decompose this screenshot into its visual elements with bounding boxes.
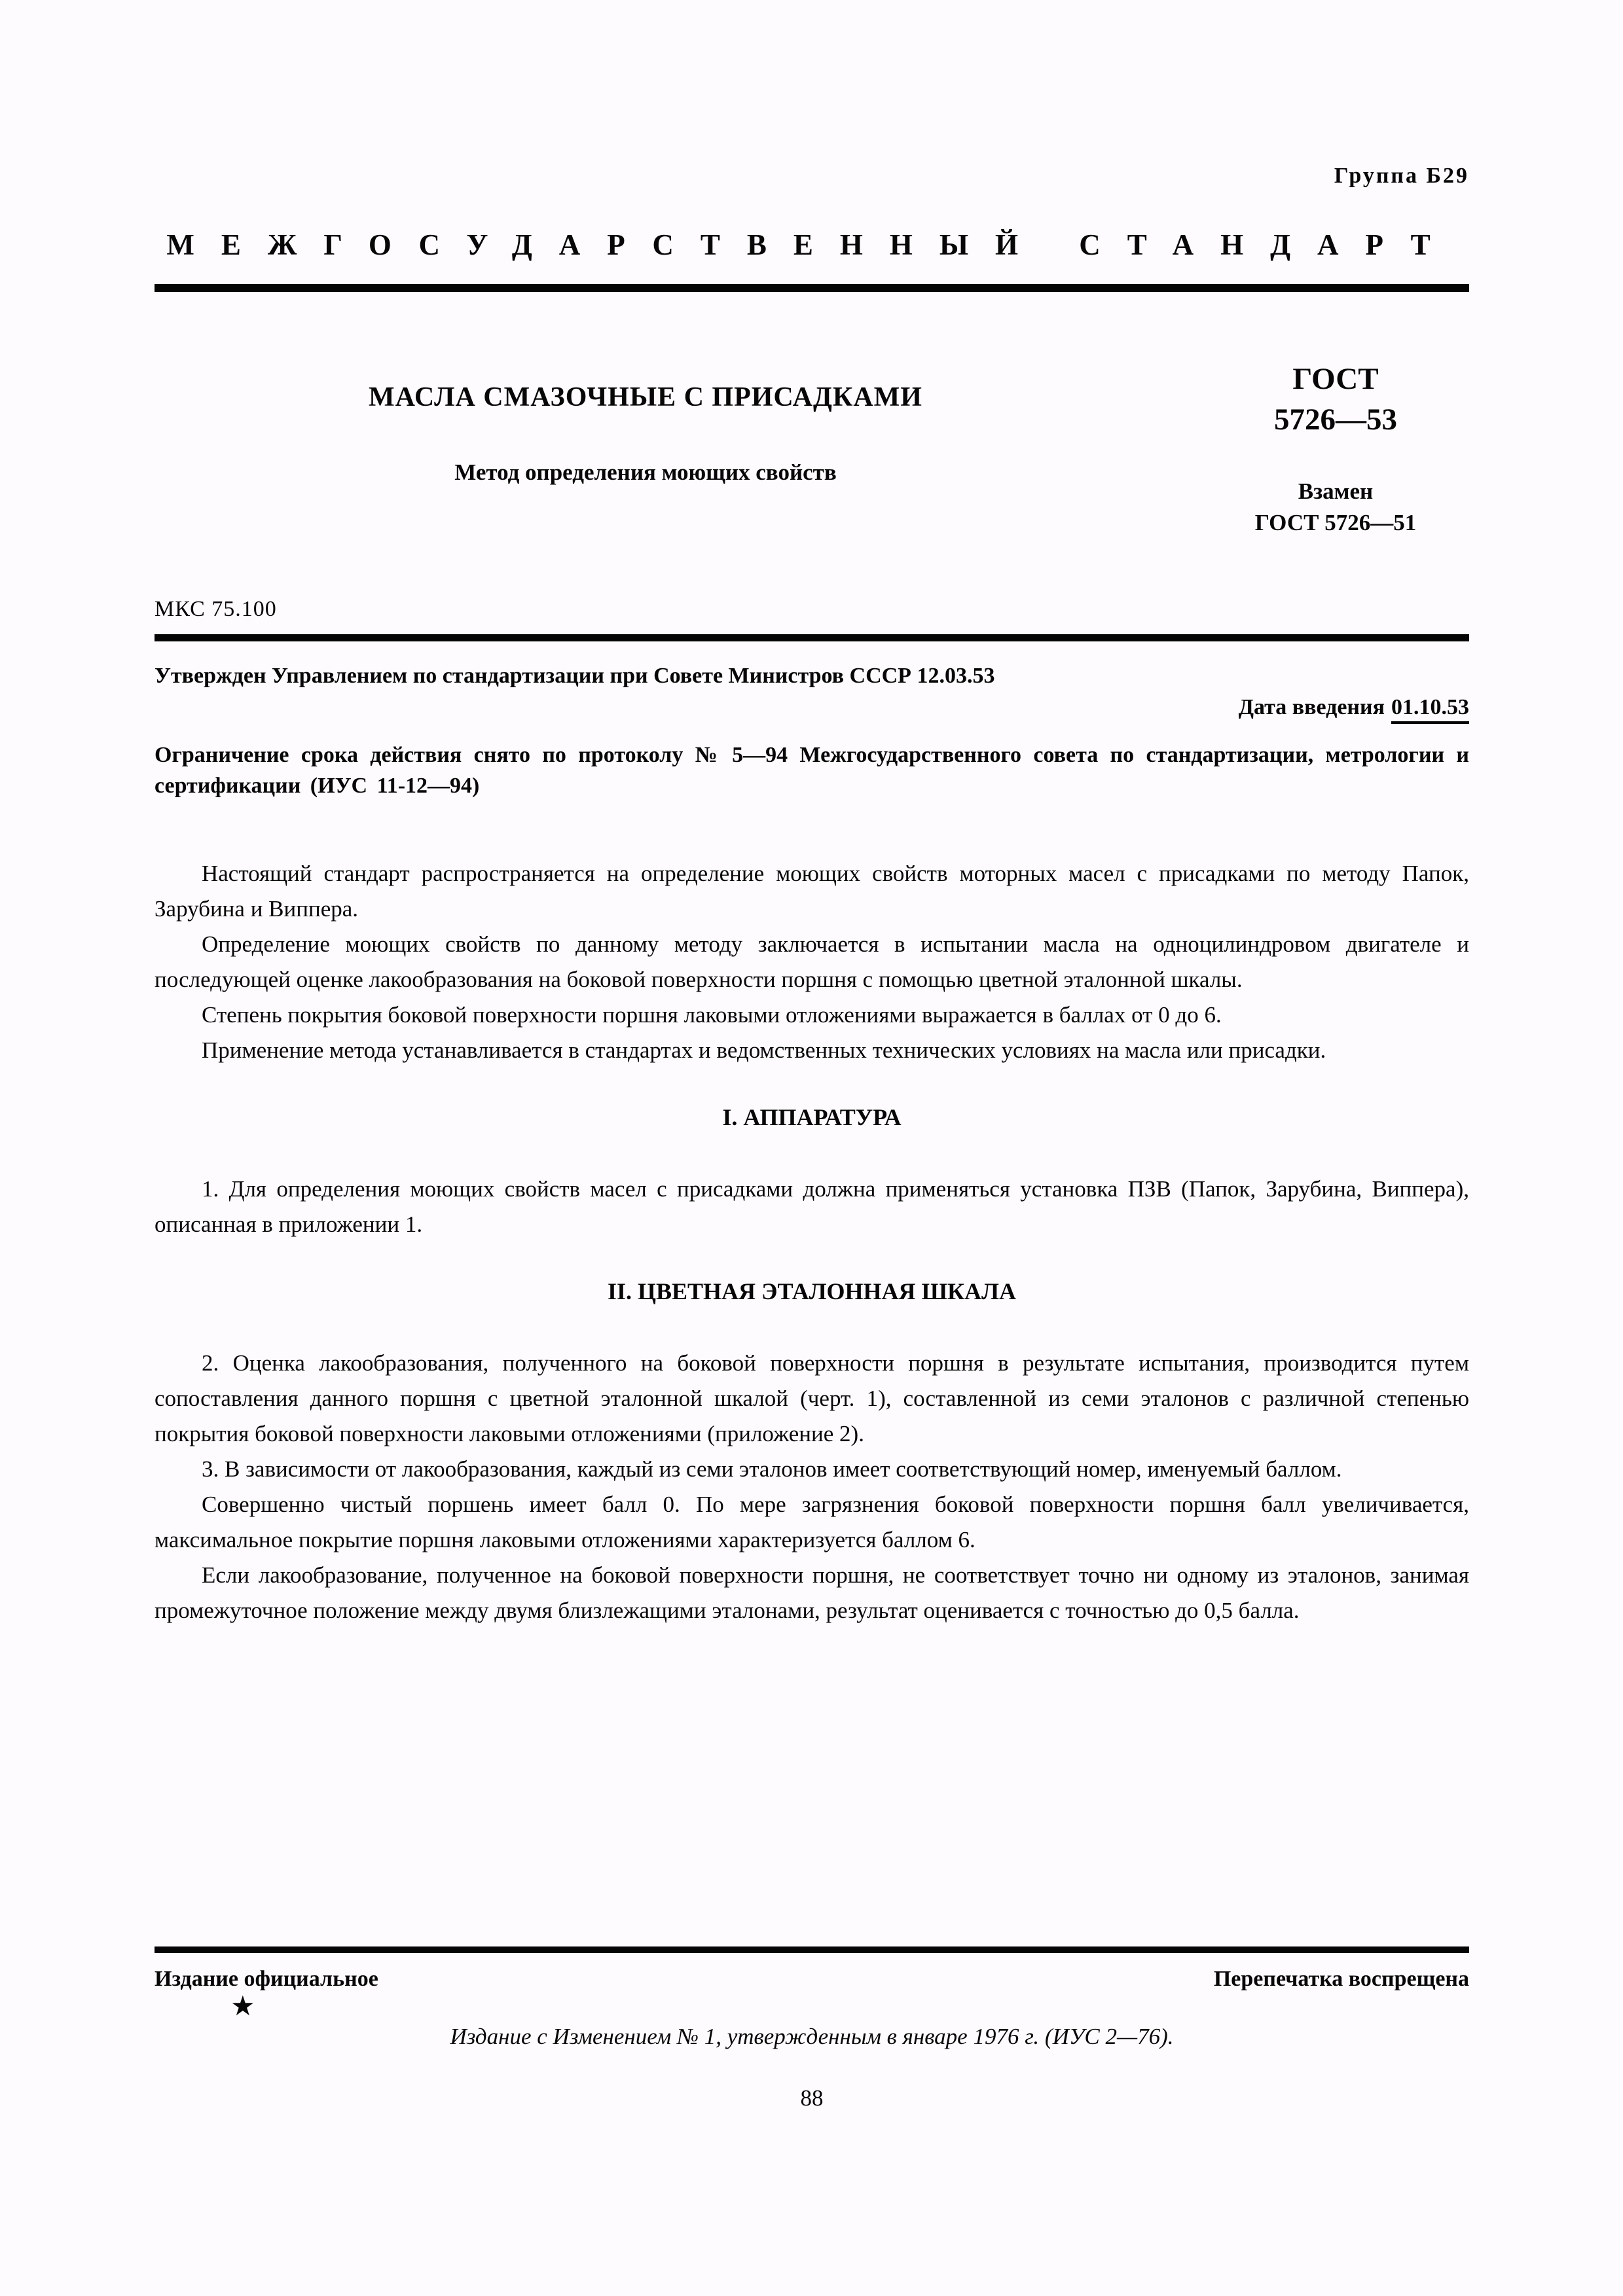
page-number: 88: [155, 2085, 1469, 2111]
footer-row: Издание официальное Перепечатка воспреще…: [155, 1967, 1469, 1992]
paragraph-section2-3: Совершенно чистый поршень имеет балл 0. …: [155, 1487, 1469, 1558]
mks-code: МКС 75.100: [155, 597, 277, 622]
footer-rule: [155, 1946, 1469, 1953]
replaces-number: ГОСТ 5726—51: [1172, 507, 1499, 539]
paragraph-section1-1: 1. Для определения моющих свойств масел …: [155, 1172, 1469, 1242]
paragraph-intro-3: Степень покрытия боковой поверхности пор…: [155, 997, 1469, 1033]
replaces-block: Взамен ГОСТ 5726—51: [1172, 476, 1499, 539]
doc-title: МАСЛА СМАЗОЧНЫЕ С ПРИСАДКАМИ: [155, 382, 1137, 413]
gost-designation-block: ГОСТ 5726—53 Взамен ГОСТ 5726—51: [1172, 359, 1499, 539]
gost-label: ГОСТ: [1172, 359, 1499, 399]
star-icon: ★: [230, 1990, 255, 2022]
reprint-prohibited-label: Перепечатка воспрещена: [1214, 1967, 1469, 1992]
paragraph-intro-2: Определение моющих свойств по данному ме…: [155, 927, 1469, 997]
paragraph-section2-2: 3. В зависимости от лакообразования, каж…: [155, 1452, 1469, 1487]
edition-note: Издание с Изменением № 1, утвержденным в…: [155, 2024, 1469, 2050]
approval-line: Утвержден Управлением по стандартизации …: [155, 664, 1469, 689]
paragraph-section2-4: Если лакообразование, полученное на боко…: [155, 1558, 1469, 1628]
doc-subtitle: Метод определения моющих свойств: [155, 459, 1137, 486]
banner-rule: [155, 284, 1469, 292]
replaces-label: Взамен: [1172, 476, 1499, 507]
restriction-note: Ограничение срока действия снято по прот…: [155, 740, 1469, 801]
meta-rule: [155, 634, 1469, 641]
official-edition-label: Издание официальное: [155, 1967, 378, 1992]
standard-banner: МЕЖГОСУДАРСТВЕННЫЙ СТАНДАРТ: [155, 228, 1469, 262]
introduction-date-value: 01.10.53: [1391, 695, 1469, 724]
introduction-date-line: Дата введения01.10.53: [155, 695, 1469, 720]
document-page: Группа Б29 МЕЖГОСУДАРСТВЕННЫЙ СТАНДАРТ М…: [0, 0, 1623, 2296]
group-label: Группа Б29: [155, 164, 1469, 188]
paragraph-intro-1: Настоящий стандарт распространяется на о…: [155, 856, 1469, 927]
paragraph-section2-1: 2. Оценка лакообразования, полученного н…: [155, 1346, 1469, 1452]
section-heading-apparatus: I. АППАРАТУРА: [155, 1100, 1469, 1135]
paragraph-intro-4: Применение метода устанавливается в стан…: [155, 1033, 1469, 1068]
gost-number: 5726—53: [1172, 399, 1499, 440]
introduction-date-label: Дата введения: [1239, 695, 1385, 719]
body-text: Настоящий стандарт распространяется на о…: [155, 856, 1469, 1628]
section-heading-color-scale: II. ЦВЕТНАЯ ЭТАЛОННАЯ ШКАЛА: [155, 1274, 1469, 1309]
